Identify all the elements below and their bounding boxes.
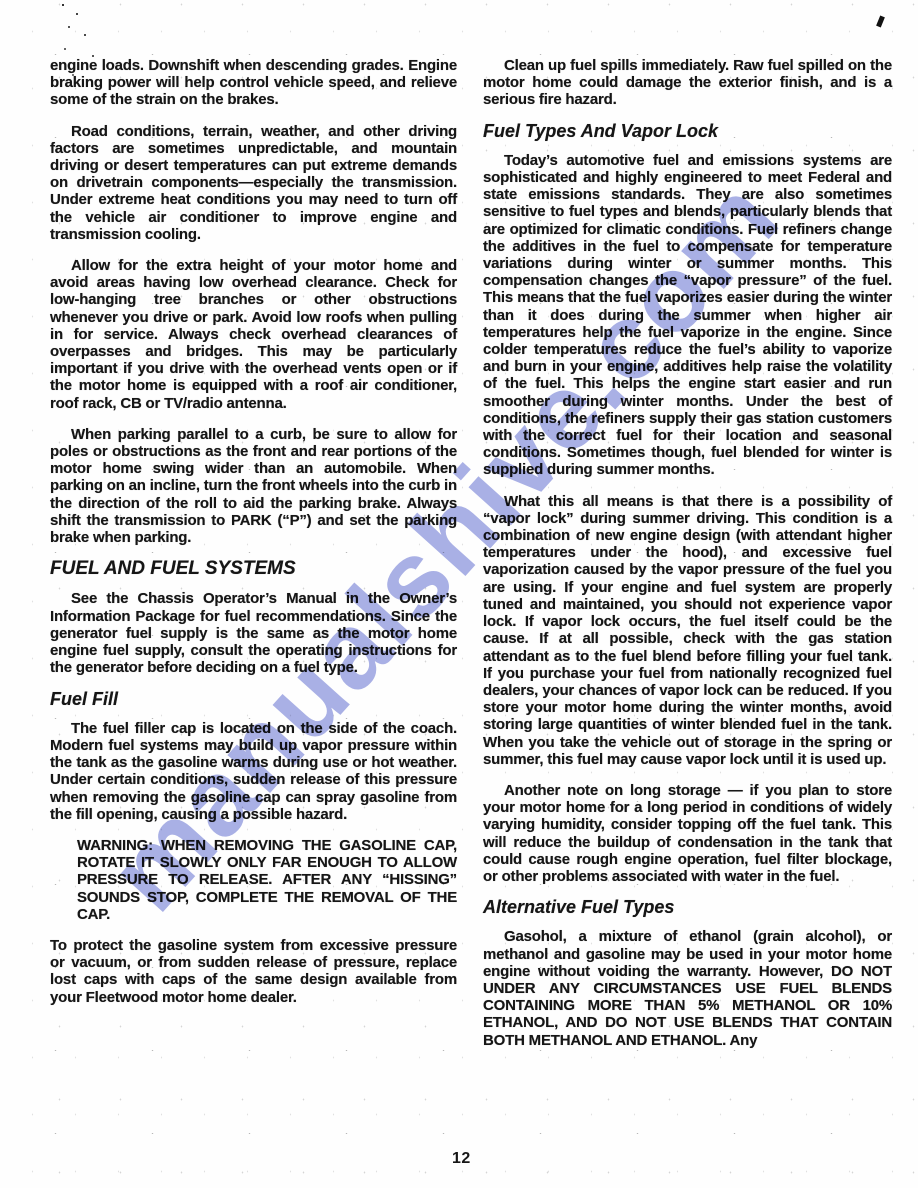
body-paragraph: What this all means is that there is a p… <box>483 493 892 768</box>
body-paragraph: Gasohol, a mixture of ethanol (grain alc… <box>483 928 892 1048</box>
body-paragraph: When parking parallel to a curb, be sure… <box>50 426 457 546</box>
warning-paragraph: WARNING: WHEN REMOVING THE GASOLINE CAP,… <box>77 837 457 923</box>
right-column: Clean up fuel spills immediately. Raw fu… <box>483 57 892 1063</box>
section-heading: FUEL AND FUEL SYSTEMS <box>50 560 457 577</box>
subsection-heading: Fuel Fill <box>50 691 457 708</box>
subsection-heading: Alternative Fuel Types <box>483 899 892 916</box>
body-paragraph: The fuel filler cap is located on the si… <box>50 720 457 823</box>
body-paragraph: engine loads. Downshift when descending … <box>50 57 457 109</box>
body-paragraph: Clean up fuel spills immediately. Raw fu… <box>483 57 892 109</box>
scan-artifact <box>62 4 64 6</box>
subsection-heading: Fuel Types And Vapor Lock <box>483 123 892 140</box>
body-paragraph: To protect the gasoline system from exce… <box>50 937 457 1006</box>
body-paragraph: Road conditions, terrain, weather, and o… <box>50 123 457 243</box>
page-number: 12 <box>452 1150 471 1168</box>
body-paragraph: Another note on long storage — if you pl… <box>483 782 892 885</box>
body-paragraph: See the Chassis Operator’s Manual in the… <box>50 590 457 676</box>
body-paragraph: Allow for the extra height of your motor… <box>50 257 457 412</box>
manual-page: engine loads. Downshift when descending … <box>0 0 918 1188</box>
body-paragraph: Today’s automotive fuel and emissions sy… <box>483 152 892 479</box>
left-column: engine loads. Downshift when descending … <box>50 57 457 1020</box>
scan-artifact <box>876 15 885 27</box>
